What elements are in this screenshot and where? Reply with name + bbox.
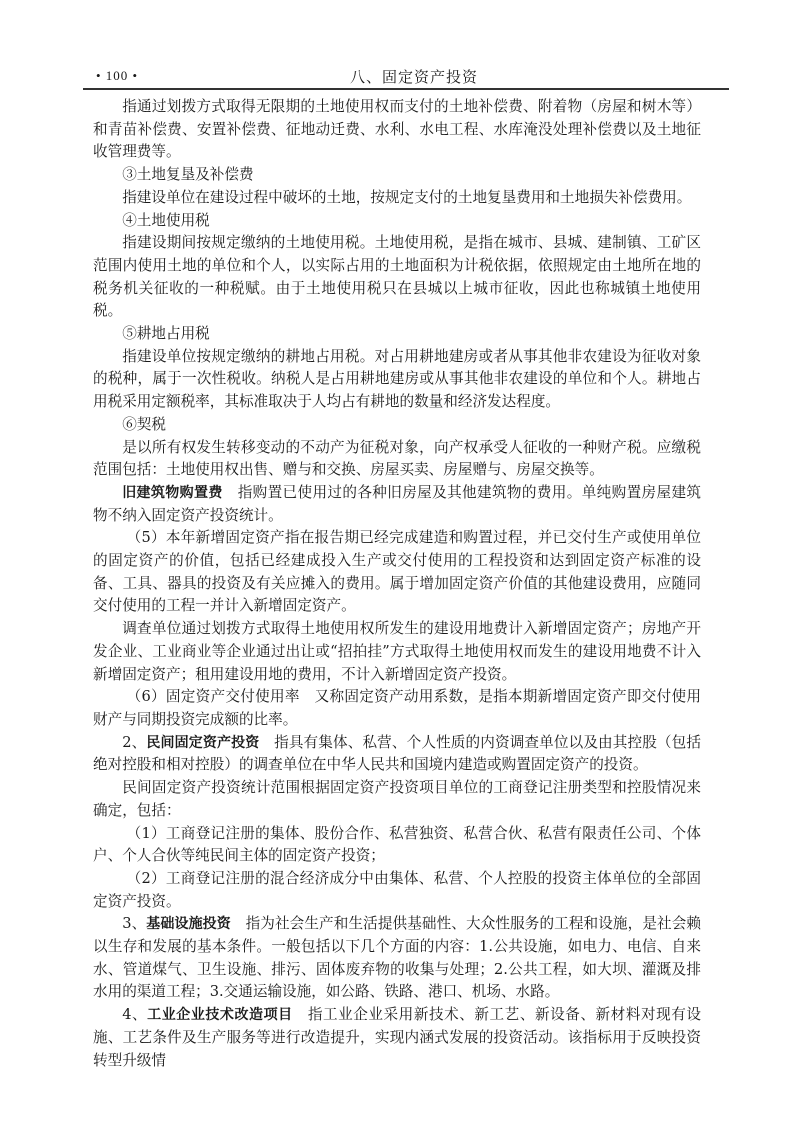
page-header: • 100 • 八、固定资产投资 [88,66,725,88]
header-rule [83,88,729,90]
paragraph-infrastructure: 3、基础设施投资 指为社会生产和生活提供基础性、大众性服务的工程和设施，是社会赖… [93,913,701,1004]
term: 民间固定资产投资 [146,735,259,751]
term: 旧建筑物购置费 [122,485,223,501]
paragraph: 民间固定资产投资统计范围根据固定资产投资项目单位的工商登记注册类型和控股情况来确… [93,777,701,822]
paragraph: 调查单位通过划拨方式取得土地使用权所发生的建设用地费计入新增固定资产；房地产开发… [93,618,701,686]
paragraph-delivery-rate: （6）固定资产交付使用率 又称固定资产动用系数，是指本期新增固定资产即交付使用财… [93,686,701,731]
paragraph: 指建设单位按规定缴纳的耕地占用税。对占用耕地建房或者从事其他非农建设为征收对象的… [93,346,701,414]
paragraph-old-building-cost: 旧建筑物购置费 指购置已使用过的各种旧房屋及其他建筑物的费用。单纯购置房屋建筑物… [93,482,701,527]
subheading-land-use-tax: ④土地使用税 [93,210,701,233]
paragraph: 是以所有权发生转移变动的不动产为征税对象，向产权承受人征收的一种财产税。应缴税范… [93,437,701,482]
paragraph: 指建设期间按规定缴纳的土地使用税。土地使用税，是指在城市、县城、建制镇、工矿区范… [93,232,701,323]
document-body: 指通过划拨方式取得无限期的土地使用权而支付的土地补偿费、附着物（房屋和树木等）和… [93,96,701,1072]
page-number: • 100 • [96,68,138,84]
paragraph-new-fixed-assets: （5）本年新增固定资产指在报告期已经完成建造和购置过程，并已交付生产或使用单位的… [93,527,701,618]
paragraph-tech-renovation: 4、工业企业技术改造项目 指工业企业采用新技术、新工艺、新设备、新材料对现有设施… [93,1004,701,1072]
subheading-land-reclamation: ③土地复垦及补偿费 [93,164,701,187]
list-item: （1）工商登记注册的集体、股份合作、私营独资、私营合伙、私营有限责任公司、个体户… [93,823,701,868]
paragraph: 指通过划拨方式取得无限期的土地使用权而支付的土地补偿费、附着物（房屋和树木等）和… [93,96,701,164]
paragraph: 指建设单位在建设过程中破坏的土地，按规定支付的土地复垦费用和土地损失补偿费用。 [93,187,701,210]
term: 工业企业技术改造项目 [147,1007,293,1023]
subheading-farmland-tax: ⑤耕地占用税 [93,323,701,346]
subheading-deed-tax: ⑥契税 [93,414,701,437]
term: 基础设施投资 [146,916,231,932]
list-item: （2）工商登记注册的混合经济成分中由集体、私营、个人控股的投资主体单位的全部固定… [93,868,701,913]
paragraph-private-investment: 2、民间固定资产投资 指具有集体、私营、个人性质的内资调查单位以及由其控股（包括… [93,732,701,777]
chapter-title: 八、固定资产投资 [350,66,478,87]
